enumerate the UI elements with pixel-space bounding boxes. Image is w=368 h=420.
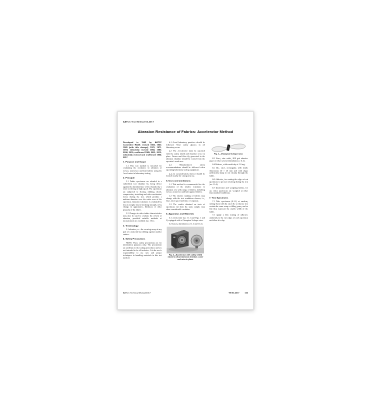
- running-head: AATCC Test Method 93-2017: [123, 121, 154, 123]
- paragraph: 6.3 Liner, zinc oxide, 80S grit abrasive…: [209, 157, 248, 162]
- figure-rotor-caption: Fig. 1—Champion S-shape rotor.: [209, 153, 248, 155]
- column-2: 4.1 Good laboratory practices should be …: [166, 141, 205, 290]
- paragraph: 5.2 The relative ranking of fabrics may …: [166, 195, 205, 203]
- section-heading: 4. Safety Precautions: [123, 238, 162, 241]
- figure-rotor: Fig. 1—Champion S-shape rotor.: [209, 143, 248, 156]
- footer-method-label: TM 93-2017: [229, 292, 240, 294]
- paragraph: 7.1 Take specimens (8.1.1) at random, cu…: [209, 200, 248, 213]
- footer-page-number: 123: [245, 292, 248, 294]
- footer-left-text: AATCC Technical Manual/2017: [123, 292, 151, 294]
- paragraph: Developed in 1945 by AATCC Committee RA2…: [123, 141, 162, 158]
- paragraph: 6.6 Adhesive, for coating the edges of c…: [209, 178, 248, 186]
- paragraph: 5.1 This method is recommended for the e…: [166, 183, 205, 193]
- paragraph: 4.3 Manufacturer's safety recommendation…: [166, 164, 205, 172]
- paragraph: 4.2 The Accelerotor must be operated wit…: [166, 150, 205, 163]
- paragraph: 6.1 Accelerotor (see 11.1 and Figs. 1 an…: [166, 217, 205, 222]
- paragraph: 2.2 Changes in other fabric characterist…: [123, 212, 162, 222]
- column-3: Fig. 1—Champion S-shape rotor. 6.3 Liner…: [209, 141, 248, 290]
- document-preview-canvas: AATCC Test Method 93-2017 Abrasion Resis…: [0, 0, 368, 420]
- paragraph: 6.7 Desiccator and weighing bottles, for…: [209, 187, 248, 195]
- paragraph: 4.1 Good laboratory practices should be …: [166, 141, 205, 149]
- paragraph: 1.1 This test method is intended for eva…: [123, 164, 162, 174]
- page-footer: AATCC Technical Manual/2017 TM 93-2017 1…: [123, 292, 248, 294]
- figure-accelerotor-caption: Fig. 2—Accelerotor with safety shield ra…: [166, 254, 205, 261]
- section-heading: 3. Terminology: [123, 225, 162, 228]
- section-heading: 1. Purpose and Scope: [123, 161, 162, 164]
- document-page: AATCC Test Method 93-2017 Abrasion Resis…: [117, 111, 254, 310]
- paragraph: 6.5 Die, steel, rectangular, with inside…: [209, 167, 248, 177]
- text-columns: Developed in 1945 by AATCC Committee RA2…: [123, 141, 248, 290]
- paragraph: 6.4 Balance, with sensitivity of 1.0 mg.: [209, 163, 248, 166]
- paragraph: 6.2 Liners, abradant (see 11.2 and 11.3)…: [166, 223, 205, 226]
- paragraph: 5.3 The results obtained on tests of spe…: [166, 203, 205, 211]
- page-title: Abrasion Resistance of Fabrics: Accelero…: [123, 130, 248, 134]
- figure-accelerotor: Fig. 2—Accelerotor with safety shield ra…: [166, 227, 205, 261]
- column-1: Developed in 1945 by AATCC Committee RA2…: [123, 141, 162, 290]
- paragraph: 2.1 Fabric specimens are abraded in a cy…: [123, 180, 162, 211]
- paragraph: 4.4 An eyewash/safety shower should be l…: [166, 173, 205, 178]
- paragraph: NOTE: These safety precautions are for i…: [123, 242, 162, 260]
- section-heading: 7. Test Specimens: [209, 197, 248, 200]
- section-heading: 6. Apparatus and Materials: [166, 213, 205, 216]
- accelerotor-photo: [167, 227, 204, 254]
- section-heading: 5. Uses and Limitations: [166, 180, 205, 183]
- paragraph: 7.2 Apply a thin coating of adhesive uni…: [209, 214, 248, 222]
- section-heading: 2. Principle: [123, 177, 162, 180]
- s-shape-rotor-illustration: [211, 143, 247, 153]
- paragraph: 3.1 abrasion, n.—the wearing away of any…: [123, 228, 162, 236]
